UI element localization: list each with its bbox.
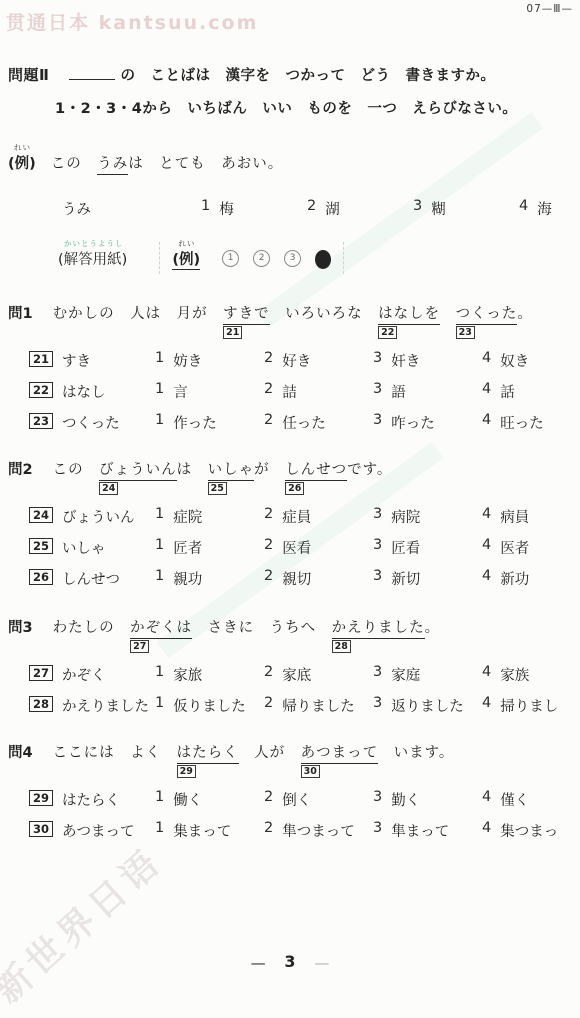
option-number: 1 <box>155 412 164 433</box>
example-block: れい (例) この うみは とても あおい。 <box>8 152 283 175</box>
option-text: 妨き <box>173 350 202 371</box>
answer-row: 28かえりました1仮りました2帰りました3返りました4掃りまし <box>8 695 580 726</box>
option-number: 1 <box>155 664 164 685</box>
option-text: 家族 <box>500 664 529 685</box>
option-number: 2 <box>264 664 273 685</box>
option-text: 梅 <box>219 198 234 219</box>
option-number: 3 <box>373 412 382 433</box>
option-text: 集つまっ <box>500 820 558 841</box>
option-3: 3語 <box>373 381 482 402</box>
option-text: 親切 <box>282 568 311 589</box>
option-number: 4 <box>482 820 491 841</box>
answer-row: 21すき1妨き2好き3奸き4奴き <box>8 350 580 381</box>
option-text: 咋った <box>391 412 435 433</box>
answer-sheet-example-label: れい (例) <box>172 248 200 270</box>
row-number-box: 28 <box>29 696 53 712</box>
answer-sheet-example-text: (例) <box>172 252 200 268</box>
example-options: 1梅2湖3糊4海 <box>201 198 552 219</box>
option-text: 家底 <box>282 664 311 685</box>
item-number-box: 27 <box>130 640 149 653</box>
item-number-box: 28 <box>332 640 351 653</box>
option-3: 3勤く <box>373 789 482 810</box>
option-text: 湖 <box>325 198 340 219</box>
option-text: 家庭 <box>391 664 420 685</box>
option-text: 奸き <box>391 350 420 371</box>
option-number: 3 <box>373 664 382 685</box>
option-2: 2家底 <box>264 664 373 685</box>
row-number-box: 26 <box>29 569 53 585</box>
option-4: 4僅く <box>482 789 529 810</box>
page-footer: — 3 — <box>0 952 580 972</box>
option-number: 4 <box>482 537 491 558</box>
option-text: 家旅 <box>173 664 202 685</box>
item-number-box: 29 <box>177 765 196 778</box>
question-sentence: この びょういん24は いしゃ25が しんせつ26です。 <box>53 462 393 478</box>
answer-row: 27かぞく1家旅2家底3家庭4家族 <box>8 664 580 695</box>
answer-row: 30あつまって1集まって2隼つまって3隼まって4集つまっ <box>8 820 580 851</box>
section-instructions: 問題Ⅱ の ことばは 漢字を つかって どう 書きますか。 1・2・3・4から … <box>8 64 517 118</box>
answer-sheet-cell: れい (例) 123 <box>159 242 344 274</box>
question-label: 問2 <box>8 462 33 478</box>
option-text: 海 <box>537 198 552 219</box>
filled-answer-mark <box>315 250 331 269</box>
answer-sheet-label-text: (解答用紙) <box>58 252 127 268</box>
option-1: 1働く <box>155 789 264 810</box>
option-number: 4 <box>482 506 491 527</box>
question-label: 問3 <box>8 620 33 636</box>
row-reading: いしゃ <box>62 537 146 558</box>
underlined-word: はなしを22 <box>378 302 440 325</box>
answer-mark-circle: 2 <box>253 250 270 267</box>
sentence-text: この <box>51 156 98 172</box>
option-4: 4海 <box>519 198 552 219</box>
option-number: 2 <box>264 695 273 716</box>
option-text: 症員 <box>282 506 311 527</box>
option-4: 4話 <box>482 381 515 402</box>
item-number-box: 25 <box>208 482 227 495</box>
option-4: 4旺った <box>482 412 544 433</box>
option-number: 4 <box>482 695 491 716</box>
option-text: 隼まって <box>391 820 449 841</box>
sentence-text <box>440 306 456 322</box>
option-4: 4家族 <box>482 664 529 685</box>
item-number-box: 22 <box>378 326 397 339</box>
option-number: 2 <box>264 820 273 841</box>
diagonal-watermark: 新世界日语 <box>0 834 172 1012</box>
option-number: 3 <box>373 537 382 558</box>
option-number: 3 <box>373 820 382 841</box>
sentence-text: います。 <box>378 745 454 761</box>
sentence-text: ここには よく <box>53 745 177 761</box>
option-number: 4 <box>482 350 491 371</box>
option-4: 4集つまっ <box>482 820 558 841</box>
option-number: 4 <box>482 664 491 685</box>
option-number: 4 <box>482 381 491 402</box>
instruction-text-1: の ことばは 漢字を つかって どう 書きますか。 <box>121 68 496 84</box>
site-watermark: 贯通日本 kantsuu.com <box>6 8 258 35</box>
answer-row: 22はなし1言2詰3語4話 <box>8 381 580 412</box>
question-sentence: むかしの 人は 月が すきで21 いろいろな はなしを22 つくった23。 <box>53 306 533 322</box>
option-text: 匠看 <box>391 537 420 558</box>
question-block-1: 問1むかしの 人は 月が すきで21 いろいろな はなしを22 つくった23。2… <box>8 302 580 443</box>
sentence-text: は とても あおい。 <box>128 156 283 172</box>
footer-dash-left: — <box>251 954 266 972</box>
option-2: 2倒く <box>264 789 373 810</box>
sentence-text: です。 <box>347 462 392 478</box>
option-3: 3家庭 <box>373 664 482 685</box>
answer-sheet-example-furigana: れい <box>178 238 195 249</box>
item-number-box: 21 <box>223 326 242 339</box>
option-number: 1 <box>155 695 164 716</box>
row-number-box: 25 <box>29 538 53 554</box>
option-text: 働く <box>173 789 202 810</box>
underlined-word: しんせつ26 <box>285 458 347 481</box>
option-text: 糊 <box>431 198 446 219</box>
row-reading: はなし <box>62 381 146 402</box>
row-number-box: 30 <box>29 821 53 837</box>
option-text: 任った <box>282 412 326 433</box>
row-number-box: 29 <box>29 790 53 806</box>
question-block-4: 問4ここには よく はたらく29 人が あつまって30 います。29はたらく1働… <box>8 741 580 851</box>
underlined-word: はたらく29 <box>177 741 239 764</box>
question-label: 問1 <box>8 306 33 322</box>
option-number: 3 <box>373 506 382 527</box>
option-2: 2医看 <box>264 537 373 558</box>
option-text: 返りました <box>391 695 464 716</box>
option-1: 1集まって <box>155 820 264 841</box>
option-3: 3匠看 <box>373 537 482 558</box>
option-number: 1 <box>155 537 164 558</box>
answer-mark-circle: 3 <box>284 250 301 267</box>
option-3: 3返りました <box>373 695 482 716</box>
option-text: 集まって <box>173 820 231 841</box>
option-text: 作った <box>173 412 217 433</box>
underlined-word: うみ <box>97 152 128 175</box>
option-3: 3咋った <box>373 412 482 433</box>
example-label-text: (例) <box>8 156 36 172</box>
answer-row: 25いしゃ1匠者2医看3匠看4医者 <box>8 537 580 568</box>
footer-dash-right: — <box>314 954 329 972</box>
option-text: 新功 <box>500 568 529 589</box>
question-block-3: 問3わたしの かぞくは27 さきに うちへ かえりました28。27かぞく1家旅2… <box>8 616 580 726</box>
row-reading: びょういん <box>62 506 146 527</box>
question-sentence: わたしの かぞくは27 さきに うちへ かえりました28。 <box>53 620 441 636</box>
option-number: 4 <box>482 568 491 589</box>
option-number: 2 <box>307 198 316 219</box>
option-1: 1妨き <box>155 350 264 371</box>
item-number-box: 26 <box>285 482 304 495</box>
option-2: 2湖 <box>307 198 413 219</box>
option-text: 症院 <box>173 506 202 527</box>
option-text: 帰りました <box>282 695 355 716</box>
option-number: 1 <box>155 568 164 589</box>
answer-row: 23つくった1作った2任った3咋った4旺った <box>8 412 580 443</box>
option-1: 1親功 <box>155 568 264 589</box>
question-sentence: ここには よく はたらく29 人が あつまって30 います。 <box>53 745 455 761</box>
example-label: れい (例) <box>8 152 36 173</box>
instruction-line-2: 1・2・3・4から いちばん いい ものを 一つ えらびなさい。 <box>55 97 517 118</box>
example-reading: うみ <box>62 198 192 219</box>
item-number-box: 23 <box>456 326 475 339</box>
option-2: 2隼つまって <box>264 820 373 841</box>
option-2: 2症員 <box>264 506 373 527</box>
item-number-box: 24 <box>99 482 118 495</box>
row-reading: つくった <box>62 412 146 433</box>
option-number: 1 <box>201 198 210 219</box>
row-reading: しんせつ <box>62 568 146 589</box>
option-1: 1症院 <box>155 506 264 527</box>
sentence-text: この <box>53 462 100 478</box>
option-text: 倒く <box>282 789 311 810</box>
option-number: 1 <box>155 350 164 371</box>
option-text: 仮りました <box>173 695 246 716</box>
option-1: 1仮りました <box>155 695 264 716</box>
row-reading: すき <box>62 350 146 371</box>
row-reading: かえりました <box>62 695 146 716</box>
underlined-word: かえりました28 <box>332 616 425 639</box>
option-number: 2 <box>264 789 273 810</box>
option-number: 2 <box>264 537 273 558</box>
option-text: 奴き <box>500 350 529 371</box>
option-text: 詰 <box>282 381 297 402</box>
sentence-text: わたしの <box>53 620 131 636</box>
option-4: 4掃りまし <box>482 695 558 716</box>
example-option-row: うみ 1梅2湖3糊4海 <box>62 198 552 219</box>
question-heading: 問4ここには よく はたらく29 人が あつまって30 います。 <box>8 741 580 789</box>
answer-mark-circle: 1 <box>222 250 239 267</box>
option-number: 2 <box>264 568 273 589</box>
option-2: 2帰りました <box>264 695 373 716</box>
option-1: 1言 <box>155 381 264 402</box>
option-text: 言 <box>173 381 188 402</box>
option-number: 1 <box>155 820 164 841</box>
option-number: 3 <box>373 695 382 716</box>
scan-artifact-streak <box>257 112 544 328</box>
answer-sheet-furigana: かいとうようし <box>64 238 124 249</box>
answer-row: 24びょういん1症院2症員3病院4病員 <box>8 506 580 537</box>
underlined-word: あつまって30 <box>301 741 379 764</box>
row-number-box: 27 <box>29 665 53 681</box>
option-3: 3隼まって <box>373 820 482 841</box>
option-number: 1 <box>155 381 164 402</box>
sentence-text: さきに うちへ <box>192 620 332 636</box>
document-code: 07—Ⅲ— <box>526 3 573 15</box>
sentence-text: が <box>254 462 285 478</box>
option-2: 2好き <box>264 350 373 371</box>
option-4: 4新功 <box>482 568 529 589</box>
option-number: 3 <box>373 350 382 371</box>
answer-marks: 123 <box>222 250 331 269</box>
option-1: 1梅 <box>201 198 307 219</box>
row-reading: はたらく <box>62 789 146 810</box>
option-3: 3新切 <box>373 568 482 589</box>
option-2: 2親切 <box>264 568 373 589</box>
row-number-box: 24 <box>29 507 53 523</box>
section-title: 問題Ⅱ <box>8 66 49 84</box>
option-number: 2 <box>264 381 273 402</box>
answer-sheet-label: かいとうようし (解答用紙) <box>58 248 127 269</box>
option-4: 4奴き <box>482 350 529 371</box>
option-1: 1匠者 <box>155 537 264 558</box>
example-sentence: この うみは とても あおい。 <box>51 152 284 175</box>
row-reading: かぞく <box>62 664 146 685</box>
item-number-box: 30 <box>301 765 320 778</box>
option-number: 3 <box>413 198 422 219</box>
option-number: 1 <box>155 789 164 810</box>
option-3: 3糊 <box>413 198 519 219</box>
option-2: 2詰 <box>264 381 373 402</box>
answer-row: 26しんせつ1親功2親切3新切4新功 <box>8 568 580 599</box>
option-text: 隼つまって <box>282 820 355 841</box>
answer-sheet-row: かいとうようし (解答用紙) れい (例) 123 <box>58 242 344 274</box>
option-number: 2 <box>264 506 273 527</box>
option-text: 語 <box>391 381 406 402</box>
option-4: 4病員 <box>482 506 529 527</box>
option-number: 4 <box>482 789 491 810</box>
option-text: 新切 <box>391 568 420 589</box>
option-text: 医者 <box>500 537 529 558</box>
option-number: 2 <box>264 412 273 433</box>
option-4: 4医者 <box>482 537 529 558</box>
answer-row: 29はたらく1働く2倒く3勤く4僅く <box>8 789 580 820</box>
sentence-text: 。 <box>425 620 441 636</box>
option-number: 4 <box>482 412 491 433</box>
question-label: 問4 <box>8 745 33 761</box>
option-number: 3 <box>373 789 382 810</box>
option-text: 勤く <box>391 789 420 810</box>
option-3: 3病院 <box>373 506 482 527</box>
underlined-word: かぞくは27 <box>130 616 192 639</box>
option-1: 1作った <box>155 412 264 433</box>
sentence-text: いろいろな <box>270 306 379 322</box>
question-block-2: 問2この びょういん24は いしゃ25が しんせつ26です。24びょういん1症院… <box>8 458 580 599</box>
option-text: 匠者 <box>173 537 202 558</box>
page-number: 3 <box>284 952 295 971</box>
underlined-word: すきで21 <box>223 302 270 325</box>
option-text: 僅く <box>500 789 529 810</box>
option-number: 3 <box>373 381 382 402</box>
row-number-box: 22 <box>29 382 53 398</box>
example-label-furigana: れい <box>14 142 31 153</box>
option-text: 話 <box>500 381 515 402</box>
sentence-text: むかしの 人は 月が <box>53 306 224 322</box>
option-number: 4 <box>519 198 528 219</box>
question-heading: 問2この びょういん24は いしゃ25が しんせつ26です。 <box>8 458 580 506</box>
option-text: 医看 <box>282 537 311 558</box>
option-2: 2任った <box>264 412 373 433</box>
row-number-box: 23 <box>29 413 53 429</box>
option-3: 3奸き <box>373 350 482 371</box>
question-heading: 問1むかしの 人は 月が すきで21 いろいろな はなしを22 つくった23。 <box>8 302 580 350</box>
sentence-text: 人が <box>239 745 301 761</box>
option-number: 3 <box>373 568 382 589</box>
option-text: 旺った <box>500 412 544 433</box>
option-1: 1家旅 <box>155 664 264 685</box>
underlined-word: いしゃ25 <box>208 458 255 481</box>
option-number: 2 <box>264 350 273 371</box>
question-heading: 問3わたしの かぞくは27 さきに うちへ かえりました28。 <box>8 616 580 664</box>
option-number: 1 <box>155 506 164 527</box>
option-text: 好き <box>282 350 311 371</box>
scanned-test-page: 贯通日本 kantsuu.com 07—Ⅲ— 問題Ⅱ の ことばは 漢字を つか… <box>0 0 580 1018</box>
option-text: 親功 <box>173 568 202 589</box>
option-text: 病員 <box>500 506 529 527</box>
underlined-word: つくった23 <box>456 302 518 325</box>
sentence-text: は <box>177 462 208 478</box>
option-text: 掃りまし <box>500 695 558 716</box>
sentence-text: 。 <box>517 306 533 322</box>
instruction-line-1: 問題Ⅱ の ことばは 漢字を つかって どう 書きますか。 <box>8 64 517 85</box>
underlined-word: びょういん24 <box>99 458 177 481</box>
option-text: 病院 <box>391 506 420 527</box>
blank-underline <box>69 66 115 80</box>
row-number-box: 21 <box>29 351 53 367</box>
